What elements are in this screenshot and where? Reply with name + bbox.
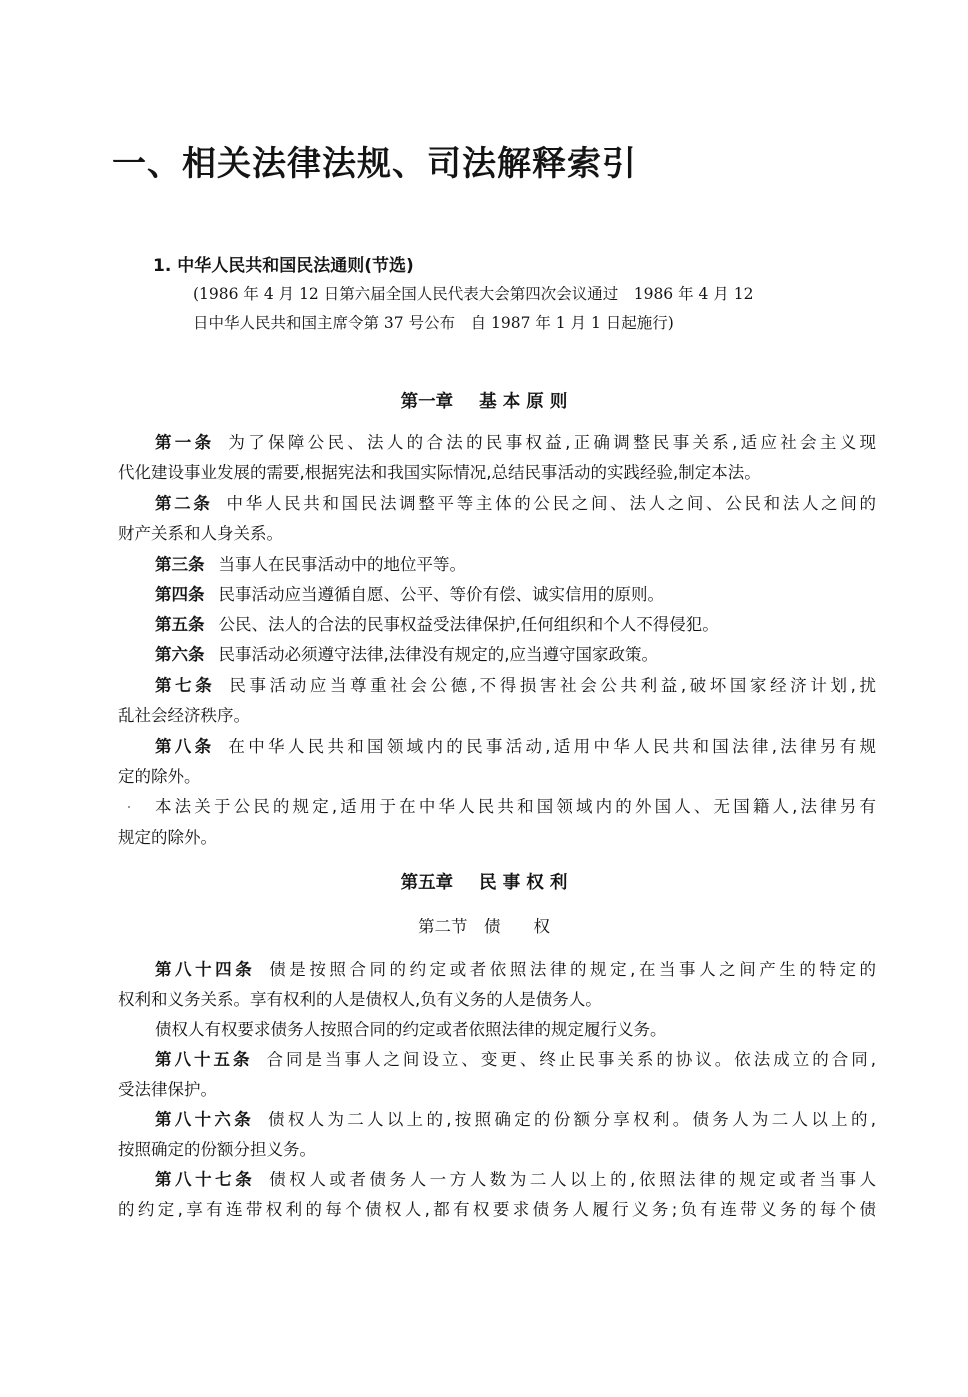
- article-text: 在中华人民共和国领域内的民事活动,适用中华人民共和国法律,法律另有规: [228, 737, 876, 756]
- law-note-line-1: (1986 年 4 月 12 日第六届全国人民代表大会第四次会议通过 1986 …: [193, 280, 875, 309]
- article-1-line-1: 第一条为了保障公民、法人的合法的民事权益,正确调整民事关系,适应社会主义现: [155, 433, 876, 453]
- article-2-line-2: 财产关系和人身关系。: [118, 524, 876, 544]
- law-note-line-2: 日中华人民共和国主席令第 37 号公布 自 1987 年 1 月 1 日起施行): [193, 309, 875, 338]
- article-text: 当事人在民事活动中的地位平等。: [219, 555, 467, 574]
- article-text: 债是按照合同的约定或者依照法律的规定,在当事人之间产生的特定的: [269, 960, 876, 979]
- chapter-name: 基 本 原 则: [479, 392, 567, 412]
- article-1-line-2: 代化建设事业发展的需要,根据宪法和我国实际情况,总结民事活动的实践经验,制定本法…: [118, 463, 876, 483]
- article-label: 第八十七条: [155, 1170, 255, 1189]
- article-86-line-2: 按照确定的份额分担义务。: [118, 1140, 876, 1160]
- article-8-line-1: 第八条在中华人民共和国领域内的民事活动,适用中华人民共和国法律,法律另有规: [155, 737, 876, 757]
- scan-speck: [128, 806, 130, 808]
- article-text: 合同是当事人之间设立、变更、终止民事关系的协议。依法成立的合同,: [266, 1050, 876, 1069]
- article-2-line-1: 第二条中华人民共和国民法调整平等主体的公民之间、法人之间、公民和法人之间的: [155, 494, 876, 514]
- article-label: 第三条: [155, 555, 205, 574]
- article-label: 第七条: [155, 676, 215, 695]
- article-text: 债权人或者债务人一方人数为二人以上的,依照法律的规定或者当事人: [269, 1170, 876, 1189]
- article-text: 债权人为二人以上的,按照确定的份额分享权利。债务人为二人以上的,: [268, 1110, 876, 1129]
- article-label: 第六条: [155, 645, 205, 664]
- article-8-line-2: 定的除外。: [118, 767, 876, 787]
- article-label: 第八条: [155, 737, 214, 756]
- section-heading: 第二节 债 权: [0, 913, 968, 937]
- article-label: 第四条: [155, 585, 205, 604]
- article-label: 第八十六条: [155, 1110, 254, 1129]
- paragraph-line-1: 本法关于公民的规定,适用于在中华人民共和国领域内的外国人、无国籍人,法律另有: [155, 797, 876, 817]
- article-text: 中华人民共和国民法调整平等主体的公民之间、法人之间、公民和法人之间的: [227, 494, 876, 513]
- article-4: 第四条民事活动应当遵循自愿、公平、等价有偿、诚实信用的原则。: [155, 585, 876, 605]
- article-6: 第六条民事活动必须遵守法律,法律没有规定的,应当遵守国家政策。: [155, 645, 876, 665]
- paragraph-line-2: 规定的除外。: [118, 828, 876, 848]
- article-label: 第一条: [155, 433, 214, 452]
- main-title: 一、相关法律法规、司法解释索引: [112, 136, 637, 185]
- article-85-line-2: 受法律保护。: [118, 1080, 876, 1100]
- chapter-number: 第五章: [401, 873, 454, 893]
- article-label: 第八十四条: [155, 960, 255, 979]
- article-text: 为了保障公民、法人的合法的民事权益,正确调整民事关系,适应社会主义现: [228, 433, 876, 452]
- chapter-number: 第一章: [401, 392, 454, 412]
- article-84-line-1: 第八十四条债是按照合同的约定或者依照法律的规定,在当事人之间产生的特定的: [155, 960, 876, 980]
- article-text: 民事活动应当尊重社会公德,不得损害社会公共利益,破坏国家经济计划,扰: [229, 676, 876, 695]
- article-text: 公民、法人的合法的民事权益受法律保护,任何组织和个人不得侵犯。: [219, 615, 719, 634]
- article-text: 民事活动必须遵守法律,法律没有规定的,应当遵守国家政策。: [219, 645, 659, 664]
- article-5: 第五条公民、法人的合法的民事权益受法律保护,任何组织和个人不得侵犯。: [155, 615, 876, 635]
- article-84-line-2: 权利和义务关系。享有权利的人是债权人,负有义务的人是债务人。: [118, 990, 876, 1010]
- article-85-line-1: 第八十五条合同是当事人之间设立、变更、终止民事关系的协议。依法成立的合同,: [155, 1050, 876, 1070]
- article-84-paragraph-2: 债权人有权要求债务人按照合同的约定或者依照法律的规定履行义务。: [155, 1020, 876, 1040]
- chapter-name: 民 事 权 利: [479, 873, 567, 893]
- article-87-line-1: 第八十七条债权人或者债务人一方人数为二人以上的,依照法律的规定或者当事人: [155, 1170, 876, 1190]
- article-label: 第八十五条: [155, 1050, 252, 1069]
- article-86-line-1: 第八十六条债权人为二人以上的,按照确定的份额分享权利。债务人为二人以上的,: [155, 1110, 876, 1130]
- law-title: 1. 中华人民共和国民法通则(节选): [153, 251, 414, 276]
- chapter-5-heading: 第五章民 事 权 利: [0, 869, 968, 894]
- article-3: 第三条当事人在民事活动中的地位平等。: [155, 555, 876, 575]
- article-text: 民事活动应当遵循自愿、公平、等价有偿、诚实信用的原则。: [219, 585, 665, 604]
- article-7-line-1: 第七条民事活动应当尊重社会公德,不得损害社会公共利益,破坏国家经济计划,扰: [155, 676, 876, 696]
- document-page: 一、相关法律法规、司法解释索引 1. 中华人民共和国民法通则(节选) (1986…: [0, 0, 968, 1397]
- article-label: 第五条: [155, 615, 205, 634]
- article-label: 第二条: [155, 494, 213, 513]
- article-87-line-2: 的约定,享有连带权利的每个债权人,都有权要求债务人履行义务;负有连带义务的每个债: [118, 1200, 876, 1220]
- article-7-line-2: 乱社会经济秩序。: [118, 706, 876, 726]
- chapter-1-heading: 第一章基 本 原 则: [0, 388, 968, 413]
